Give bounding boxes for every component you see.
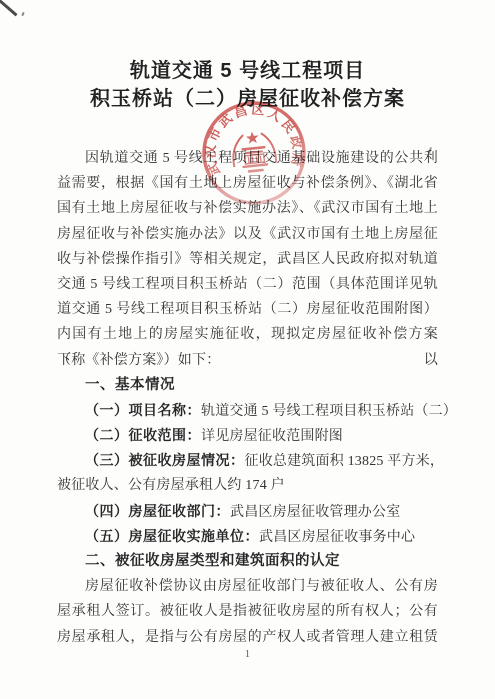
section-2-line: 屋承租人签订。被征收人是指被征收房屋的所有权人；公有 <box>57 599 438 624</box>
item-house-situation-cont: 被征收人、公有房屋承租人约 174 户 <box>57 473 438 498</box>
item-house-situation: （三）被征收房屋情况：征收总建筑面积 13825 平方米， <box>57 448 438 473</box>
seal-national-emblem <box>231 129 278 174</box>
item-label: （四）房屋征收部门： <box>85 503 230 519</box>
item-label: （五）房屋征收实施单位： <box>85 528 259 544</box>
official-seal: 武汉市武昌区人民政府 <box>195 94 314 213</box>
item-label: （二）征收范围： <box>85 427 201 443</box>
document-body: 因轨道交通 5 号线工程项目交通基础设施建设的公共利 益需要，根据《国有土地上房… <box>57 146 438 650</box>
scan-artifact-corner-line <box>0 0 18 16</box>
section-2-heading: 二、被征收房屋类型和建筑面积的认定 <box>57 549 438 574</box>
item-text: 武昌区房屋征收管理办公室 <box>230 505 400 520</box>
intro-line: 交通 5 号线工程项目积玉桥站（二）范围（具体范围详见轨 <box>57 272 438 297</box>
item-text: 详见房屋征收范围附图 <box>201 429 343 444</box>
item-label: （一）项目名称： <box>85 402 201 418</box>
item-text: 轨道交通 5 号线工程项目积玉桥站（二） <box>201 404 457 419</box>
document-page: 轨道交通 5 号线工程项目 积玉桥站（二）房屋征收补偿方案 武汉市武昌区人民政府 <box>0 0 495 699</box>
section-2-line: 房屋承租人，是指与公有房屋的产权人或者管理人建立租赁 <box>57 625 438 650</box>
item-project-name: （一）项目名称：轨道交通 5 号线工程项目积玉桥站（二） <box>57 398 438 423</box>
section-2-line: 房屋征收补偿协议由房屋征收部门与被征收人、公有房 <box>57 574 438 599</box>
item-text: 被征收人、公有房屋承租人约 174 户 <box>57 478 285 493</box>
item-label: （三）被征收房屋情况： <box>85 452 245 468</box>
intro-line: 道交通 5 号线工程项目积玉桥站（二）房屋征收范围附图） <box>57 297 438 322</box>
item-expropriation-scope: （二）征收范围：详见房屋征收范围附图 <box>57 423 438 448</box>
scan-artifact-speck <box>21 12 25 16</box>
page-number: 1 <box>57 649 438 660</box>
section-1-heading: 一、基本情况 <box>57 373 438 398</box>
intro-line: 内国有土地上的房屋实施征收，现拟定房屋征收补偿方案（以 <box>57 322 438 347</box>
intro-line: 房屋征收与补偿实施办法》以及《武汉市国有土地上房屋征 <box>57 222 438 247</box>
item-expropriation-department: （四）房屋征收部门：武昌区房屋征收管理办公室 <box>57 499 438 524</box>
item-text: 征收总建筑面积 13825 平方米， <box>245 454 445 469</box>
item-text: 武昌区房屋征收事务中心 <box>259 530 415 545</box>
document-title-line-1: 轨道交通 5 号线工程项目 <box>0 57 495 85</box>
item-implementation-unit: （五）房屋征收实施单位：武昌区房屋征收事务中心 <box>57 524 438 549</box>
intro-line: 收与补偿操作指引》等相关规定，武昌区人民政府拟对轨道 <box>57 247 438 272</box>
